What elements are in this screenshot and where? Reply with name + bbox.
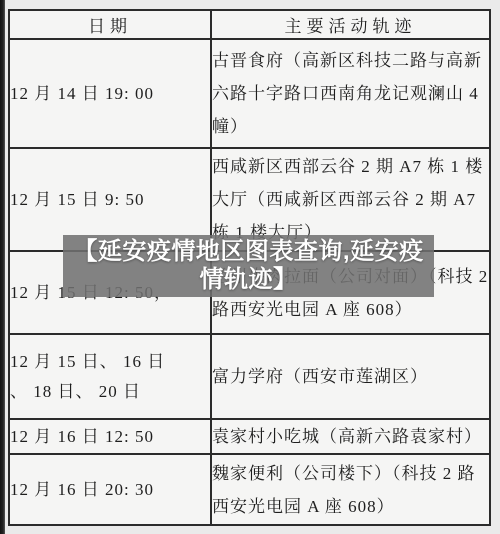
- track-cell: 魏家便利（公司楼下）（科技 2 路西安光电园 A 座 608）: [211, 454, 490, 525]
- date-cell: 12 月 16 日 20: 30: [9, 454, 211, 525]
- table-row: 12 月 16 日 12: 50 袁家村小吃城（高新六路袁家村）: [9, 419, 490, 454]
- table-row: 12 月 16 日 20: 30 魏家便利（公司楼下）（科技 2 路西安光电园 …: [9, 454, 490, 525]
- date-cell: 12 月 14 日 19: 00: [9, 39, 211, 148]
- table-row: 12 月 15 日、 16 日 、 18 日、 20 日 富力学府（西安市莲湖区…: [9, 334, 490, 419]
- scan-edge-artifact: [0, 0, 5, 534]
- date-cell: 12 月 16 日 12: 50: [9, 419, 211, 454]
- column-header-date: 日期: [9, 10, 211, 39]
- track-cell: 袁家村小吃城（高新六路袁家村）: [211, 419, 490, 454]
- watermark-overlay: 【延安疫情地区图表查询,延安疫情轨迹】: [63, 235, 434, 297]
- header-row: 日期 主要活动轨迹: [9, 10, 490, 39]
- date-cell: 12 月 15 日、 16 日 、 18 日、 20 日: [9, 334, 211, 419]
- column-header-track: 主要活动轨迹: [211, 10, 490, 39]
- track-cell: 古晋食府（高新区科技二路与高新六路十字路口西南角龙记观澜山 4 幢）: [211, 39, 490, 148]
- table-row: 12 月 14 日 19: 00 古晋食府（高新区科技二路与高新六路十字路口西南…: [9, 39, 490, 148]
- watermark-text: 【延安疫情地区图表查询,延安疫情轨迹】: [63, 238, 434, 294]
- track-cell: 富力学府（西安市莲湖区）: [211, 334, 490, 419]
